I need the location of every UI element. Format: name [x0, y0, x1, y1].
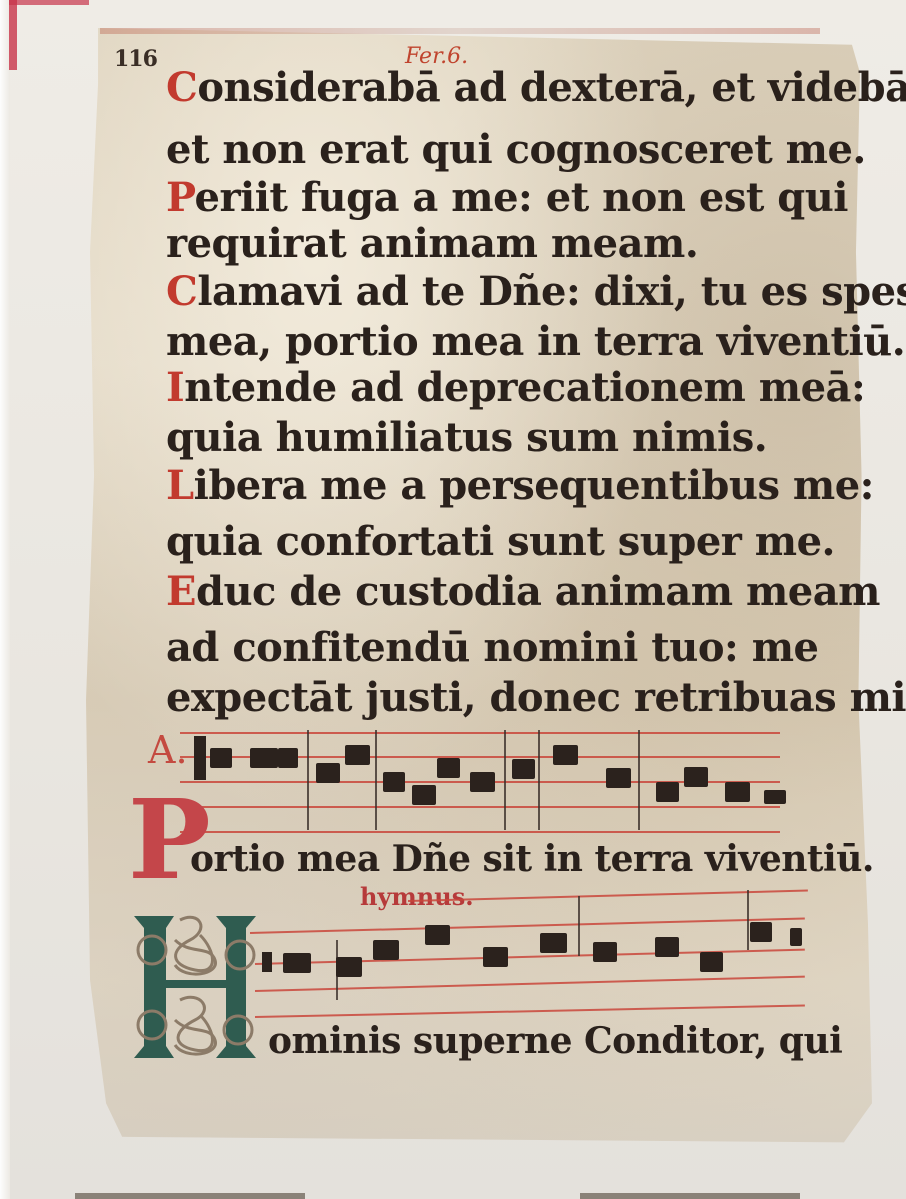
line-text: requirat animam meam. [166, 220, 698, 267]
text-line-1: Considerabā ad dexterā, et videbā: [166, 66, 906, 110]
bar-line [578, 896, 580, 956]
note [336, 957, 362, 977]
folio-number: 116 [114, 46, 157, 72]
note [316, 763, 340, 783]
bar-line [307, 730, 309, 830]
note [345, 745, 370, 765]
red-initial: C [166, 268, 197, 315]
note [383, 772, 405, 792]
text-line-10: quia confortati sunt super me. [166, 520, 835, 564]
red-frame-corner [9, 0, 17, 70]
f-clef-icon [262, 952, 272, 972]
text-line-9: Libera me a persequentibus me: [166, 464, 874, 508]
text-line-7: Intende ad deprecationem meā: [166, 366, 865, 410]
note [425, 925, 450, 945]
red-initial: E [166, 568, 196, 615]
note [606, 768, 631, 788]
line-text: ntende ad deprecationem meā: [184, 364, 865, 411]
text-line-5: Clamavi ad te Dñe: dixi, tu es spes [166, 270, 906, 314]
line-text: mea, portio mea in terra viventiū. [166, 318, 905, 365]
bar-line [638, 730, 640, 830]
note [540, 933, 567, 953]
knotwork-h-icon [130, 910, 260, 1062]
line-text: et non erat qui cognosceret me. [166, 126, 866, 173]
bar-line [375, 730, 377, 830]
note [283, 953, 311, 973]
display-stand-right [580, 1193, 800, 1199]
line-text: quia humiliatus sum nimis. [166, 414, 767, 461]
line-text: duc de custodia animam meam [196, 568, 880, 615]
text-line-3: Periit fuga a me: et non est qui [166, 176, 848, 220]
note [750, 922, 772, 942]
staff-line [180, 806, 780, 808]
c-clef-icon [194, 736, 206, 780]
hymn-text: ominis superne Conditor, qui [268, 1020, 842, 1062]
note [684, 767, 708, 787]
note [412, 785, 436, 805]
note [210, 748, 232, 768]
antiphon-marker: A. [148, 728, 188, 772]
note [278, 748, 298, 768]
display-stand-left [75, 1193, 305, 1199]
note [764, 790, 786, 804]
text-line-8: quia humiliatus sum nimis. [166, 416, 767, 460]
hymn-rubric: hymnus. [360, 882, 474, 911]
note [725, 782, 750, 802]
bar-line [504, 730, 506, 830]
text-line-13: expectāt justi, donec retribuas mi. [166, 676, 906, 720]
mount-edge [0, 0, 10, 1199]
note [483, 947, 508, 967]
note [470, 772, 495, 792]
red-initial: L [166, 462, 194, 509]
text-line-4: requirat animam meam. [166, 222, 698, 266]
note [250, 748, 278, 768]
line-text: ad confitendū nomini tuo: me [166, 624, 819, 671]
custos [790, 928, 802, 946]
note [593, 942, 617, 962]
line-text: onsiderabā ad dexterā, et videbā: [197, 64, 906, 111]
text-line-11: Educ de custodia animam meam [166, 570, 880, 614]
text-line-2: et non erat qui cognosceret me. [166, 128, 866, 172]
note [373, 940, 399, 960]
staff-line [180, 732, 780, 734]
red-initial: C [166, 64, 197, 111]
note [655, 937, 679, 957]
edge-stain [100, 28, 820, 34]
bar-line [747, 890, 749, 950]
red-frame-top [9, 0, 89, 5]
note [437, 758, 460, 778]
text-line-6: mea, portio mea in terra viventiū. [166, 320, 905, 364]
line-text: lamavi ad te Dñe: dixi, tu es spes [197, 268, 906, 315]
text-line-12: ad confitendū nomini tuo: me [166, 626, 819, 670]
note [512, 759, 535, 779]
line-text: expectāt justi, donec retribuas mi. [166, 674, 906, 721]
red-initial: P [166, 174, 195, 221]
note [700, 952, 723, 972]
illuminated-initial-h [130, 910, 260, 1062]
antiphon-text: ortio mea Dñe sit in terra viventiū. [190, 838, 874, 880]
line-text: eriit fuga a me: et non est qui [195, 174, 848, 221]
bar-line [538, 730, 540, 830]
red-initial: I [166, 364, 184, 411]
line-text: ibera me a persequentibus me: [194, 462, 874, 509]
line-text: quia confortati sunt super me. [166, 518, 835, 565]
note [553, 745, 578, 765]
staff-line [180, 831, 780, 833]
note [656, 782, 679, 802]
